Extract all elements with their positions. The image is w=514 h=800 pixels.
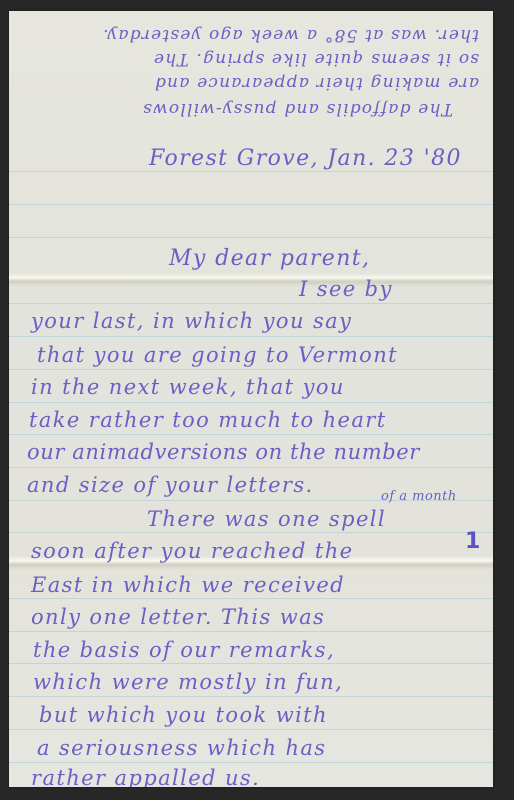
body-line: rather appalled us. xyxy=(31,766,260,787)
body-line: There was one spell xyxy=(147,507,386,531)
body-line: the basis of our remarks, xyxy=(33,638,335,662)
postscript-upside-down: The daffodils and pussy-willows are maki… xyxy=(9,11,493,121)
ruled-line xyxy=(9,598,493,599)
body-line: but which you took with xyxy=(39,703,328,727)
ruled-line xyxy=(9,663,493,664)
postscript-line: The daffodils and pussy-willows xyxy=(142,99,453,119)
body-line: in the next week, that you xyxy=(31,375,345,399)
ruled-line xyxy=(9,631,493,632)
body-line: your last, in which you say xyxy=(31,309,352,333)
ruled-line xyxy=(9,369,493,370)
body-line: I see by xyxy=(299,277,393,301)
ruled-line xyxy=(9,336,493,337)
ruled-line xyxy=(9,204,493,205)
ruled-line xyxy=(9,303,493,304)
body-line: which were mostly in fun, xyxy=(33,670,343,694)
ruled-line xyxy=(9,532,493,533)
ruled-line xyxy=(9,467,493,468)
postscript-line: ther. was at 58° a week ago yesterday. xyxy=(102,25,479,45)
salutation: My dear parent, xyxy=(169,246,370,271)
interlinear-insert: of a month xyxy=(381,489,457,504)
ruled-line xyxy=(9,402,493,403)
body-line: East in which we received xyxy=(31,573,345,597)
margin-mark: 1 xyxy=(465,529,480,554)
body-line: take rather too much to heart xyxy=(29,408,387,432)
ruled-line xyxy=(9,762,493,763)
body-line: our animadversions on the number xyxy=(27,440,420,464)
ruled-line xyxy=(9,696,493,697)
postscript-line: so it seems quite like spring. The xyxy=(153,49,479,69)
body-line: only one letter. This was xyxy=(31,605,325,629)
ruled-line xyxy=(9,237,493,238)
dateline: Forest Grove, Jan. 23 '80 xyxy=(149,146,462,171)
fold-crease xyxy=(9,273,493,287)
body-line: and size of your letters. xyxy=(27,473,314,497)
body-line: that you are going to Vermont xyxy=(37,343,398,367)
letter-page: The daffodils and pussy-willows are maki… xyxy=(9,11,493,787)
ruled-line xyxy=(9,729,493,730)
body-line: soon after you reached the xyxy=(31,539,353,563)
ruled-line xyxy=(9,434,493,435)
body-line: a seriousness which has xyxy=(37,736,326,760)
ruled-line xyxy=(9,171,493,172)
postscript-line: are making their appearance and xyxy=(154,73,479,93)
